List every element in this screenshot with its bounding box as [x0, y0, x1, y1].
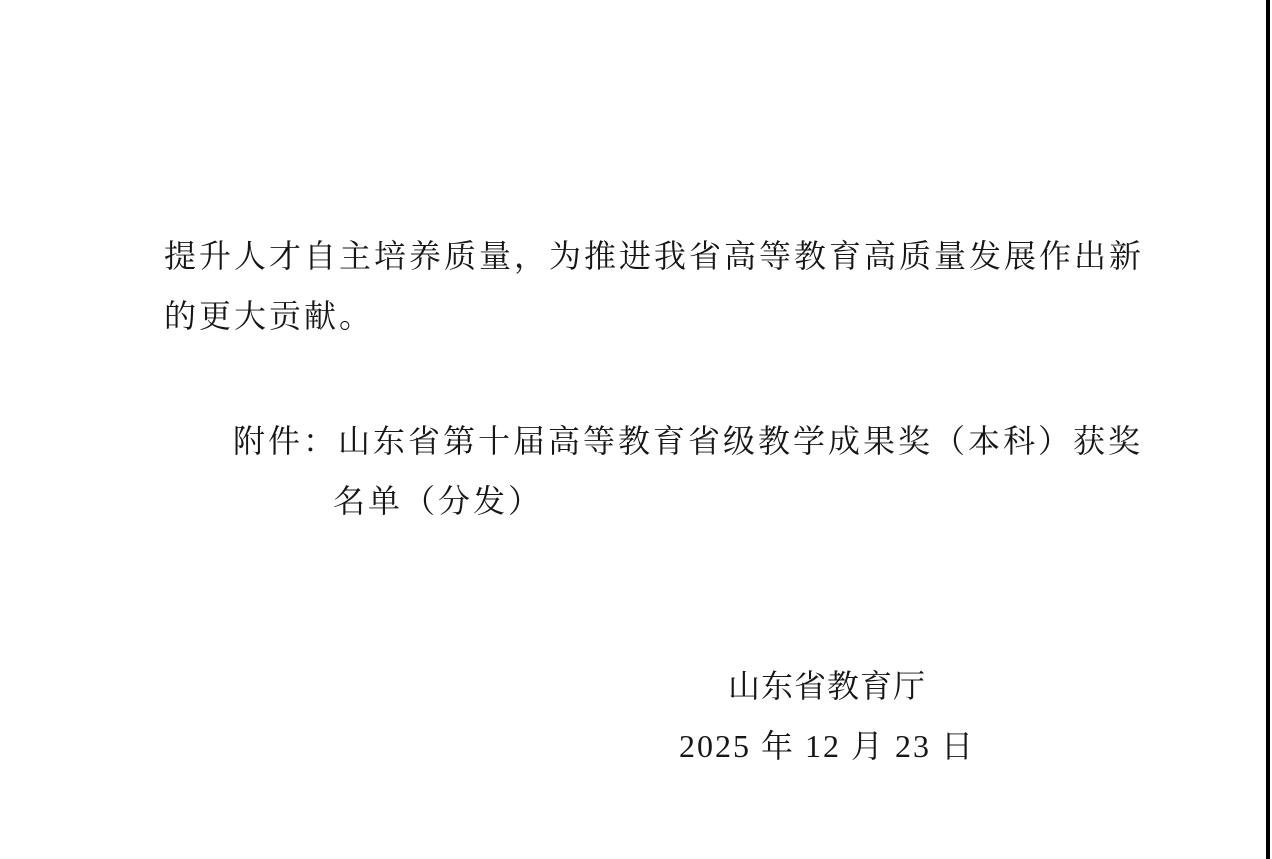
body-paragraph: 提升人才自主培养质量，为推进我省高等教育高质量发展作出新 的更大贡献。 [164, 226, 1124, 346]
attachment-label: 附件： [233, 423, 338, 459]
attachment-line-1: 附件：山东省第十届高等教育省级教学成果奖（本科）获奖 [233, 411, 1153, 471]
body-paragraph-line-1: 提升人才自主培养质量，为推进我省高等教育高质量发展作出新 [164, 226, 1124, 286]
scan-edge-line [1266, 0, 1270, 859]
issue-date: 2025 年 12 月 23 日 [627, 716, 1027, 776]
attachment-title: 山东省第十届高等教育省级教学成果奖（本科）获奖 [338, 423, 1143, 459]
signature-block: 山东省教育厅 2025 年 12 月 23 日 [627, 656, 1027, 776]
attachment-line-2: 名单（分发） [333, 471, 1153, 531]
attachment-note: 附件：山东省第十届高等教育省级教学成果奖（本科）获奖 名单（分发） [233, 411, 1153, 531]
body-paragraph-line-2: 的更大贡献。 [164, 286, 1124, 346]
issuer-name: 山东省教育厅 [627, 656, 1027, 716]
document-page: 提升人才自主培养质量，为推进我省高等教育高质量发展作出新 的更大贡献。 附件：山… [0, 0, 1272, 859]
